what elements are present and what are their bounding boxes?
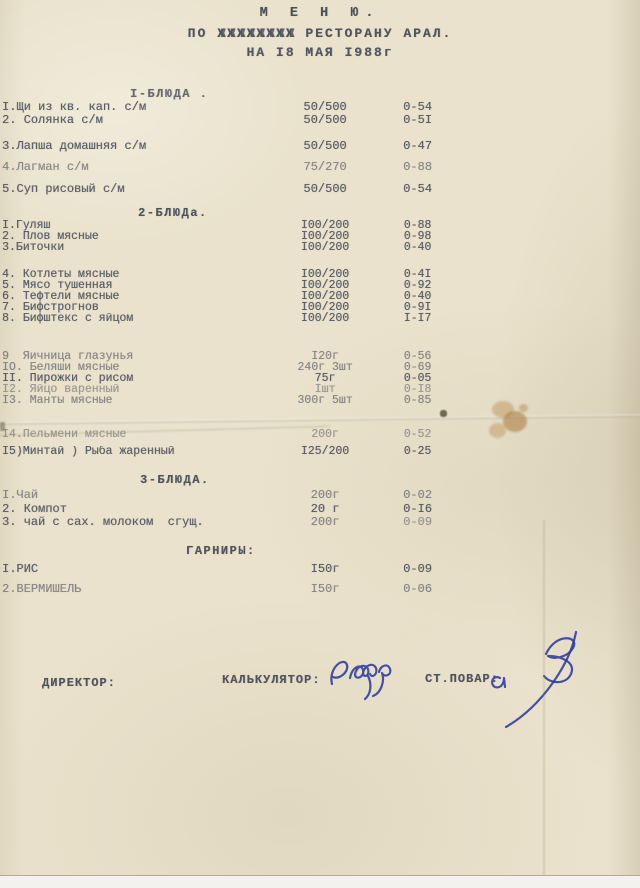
dish-portion: I50г: [270, 583, 380, 596]
dish-name: IO. Беляши мясные: [2, 362, 270, 373]
menu-item-row: IO. Беляши мясные 240г 3шт 0-69: [0, 362, 640, 373]
dish-name: 2.ВЕРМИШЕЛЬ: [2, 583, 270, 596]
subtitle-rest: РЕСТОРАНУ АРАЛ.: [305, 26, 452, 41]
ink-speck: [0, 422, 5, 431]
document-date: НА I8 МАЯ I988г: [0, 45, 640, 60]
section-heading: I-БЛЮДА .: [0, 88, 640, 101]
dish-portion: 300г 5шт: [270, 395, 380, 406]
dish-portion: I50г: [270, 563, 380, 576]
chef-signature: [486, 624, 586, 736]
dish-portion: 75/270: [270, 161, 380, 174]
dish-portion: 200г: [270, 516, 380, 529]
ink-speck: [440, 410, 447, 417]
dish-price: 0-54: [380, 183, 455, 196]
dish-name: 8. Бифштекс с яйцом: [2, 313, 270, 324]
dish-name: 6. Тефтели мясные: [2, 291, 270, 302]
dish-name: 3.Лапша домашняя с/м: [2, 140, 270, 153]
dish-price: 0-69: [380, 362, 455, 373]
dish-portion: 200г: [270, 489, 380, 502]
dish-portion: I00/200: [270, 242, 380, 253]
dish-name: 9 Яичница глазунья: [2, 351, 270, 362]
menu-item-row: I5)Минтай ) Рыба жаренный I25/200 0-25: [0, 446, 640, 457]
dish-name: I3. Манты мясные: [2, 395, 270, 406]
dish-price: 0-85: [380, 395, 455, 406]
dish-price: 0-25: [380, 446, 455, 457]
document-subtitle: ПО ХХХХХХХХЖЖЖЖЖЖЖЖ РЕСТОРАНУ АРАЛ.: [0, 26, 640, 41]
dish-name: 2. Солянка с/м: [2, 114, 270, 127]
dish-name: 2. Компот: [2, 503, 270, 516]
dish-name: 5. Мясо тушенная: [2, 280, 270, 291]
dish-name: I2. Яйцо варенный: [2, 384, 270, 395]
dish-name: I.Щи из кв. кап. с/м: [2, 101, 270, 114]
menu-item-row: 2. Солянка с/м 50/500 0-5I: [0, 114, 640, 127]
dish-portion: 200г: [270, 429, 380, 440]
dish-portion: I25/200: [270, 446, 380, 457]
dish-price: 0-52: [380, 429, 455, 440]
dish-name: 4. Котлеты мясные: [2, 269, 270, 280]
menu-document: М Е Н Ю. ПО ХХХХХХХХЖЖЖЖЖЖЖЖ РЕСТОРАНУ А…: [0, 0, 640, 888]
dish-price: 0-06: [380, 583, 455, 596]
menu-item-row: 5.Суп рисовый с/м 50/500 0-54: [0, 183, 640, 196]
section-heading: 3-БЛЮДА.: [0, 474, 640, 487]
document-title: М Е Н Ю.: [0, 6, 640, 21]
dish-price: 0-09: [380, 563, 455, 576]
struck-word: ХХХХХХХХЖЖЖЖЖЖЖЖ: [217, 26, 295, 41]
dish-portion: 50/500: [270, 114, 380, 127]
menu-item-row: 8. Бифштекс с яйцом I00/200 I-I7: [0, 313, 640, 324]
menu-item-row: I3. Манты мясные 300г 5шт 0-85: [0, 395, 640, 406]
dish-portion: I00/200: [270, 313, 380, 324]
calculator-label: КАЛЬКУЛЯТОР:: [222, 673, 320, 687]
document-header: М Е Н Ю. ПО ХХХХХХХХЖЖЖЖЖЖЖЖ РЕСТОРАНУ А…: [0, 6, 640, 60]
dish-price: I-I7: [380, 313, 455, 324]
menu-item-row: 3.Лапша домашняя с/м 50/500 0-47: [0, 140, 640, 153]
menu-item-row: I4.Пельмени мясные 200г 0-52: [0, 429, 640, 440]
director-label: ДИРЕКТОР:: [42, 676, 116, 690]
dish-name: 7. Бифстрогнов: [2, 302, 270, 313]
dish-price: 0-5I: [380, 114, 455, 127]
dish-name: I.Чай: [2, 489, 270, 502]
dish-name: I.РИС: [2, 563, 270, 576]
dish-price: 0-47: [380, 140, 455, 153]
paper-crease: [543, 520, 545, 876]
stain: [489, 423, 506, 438]
dish-name: II. Пирожки с рисом: [2, 373, 270, 384]
dish-name: 3. чай с сах. молоком сгущ.: [2, 516, 270, 529]
stain: [503, 411, 527, 432]
struck-overlay: ЖЖЖЖЖЖЖЖ: [218, 26, 296, 41]
dish-price: 0-09: [380, 516, 455, 529]
dish-portion: 240г 3шт: [270, 362, 380, 373]
dish-portion: 50/500: [270, 140, 380, 153]
dish-name: 2. Плов мясные: [2, 231, 270, 242]
calculator-signature: [322, 648, 410, 706]
dish-price: 0-88: [380, 161, 455, 174]
dish-name: 5.Суп рисовый с/м: [2, 183, 270, 196]
dish-name: 3.Биточки: [2, 242, 270, 253]
stain: [519, 404, 528, 412]
dish-name: 4.Лагман с/м: [2, 161, 270, 174]
section-heading: 2-БЛЮДа.: [0, 206, 640, 220]
subtitle-prefix: ПО: [188, 26, 208, 41]
menu-item-row: 4.Лагман с/м 75/270 0-88: [0, 161, 640, 174]
dish-portion: 50/500: [270, 183, 380, 196]
section-first-courses: I-БЛЮДА . I.Щи из кв. кап. с/м 50/500 0-…: [0, 88, 640, 196]
dish-name: I.Гуляш: [2, 220, 270, 231]
dish-name: I5)Минтай ) Рыба жаренный: [2, 446, 270, 457]
scan-edge: [0, 875, 640, 888]
menu-item-row: 3.Биточки I00/200 0-40: [0, 242, 640, 253]
menu-item-row: I.Чай 200г 0-02: [0, 489, 640, 502]
dish-price: 0-02: [380, 489, 455, 502]
dish-price: 0-40: [380, 242, 455, 253]
